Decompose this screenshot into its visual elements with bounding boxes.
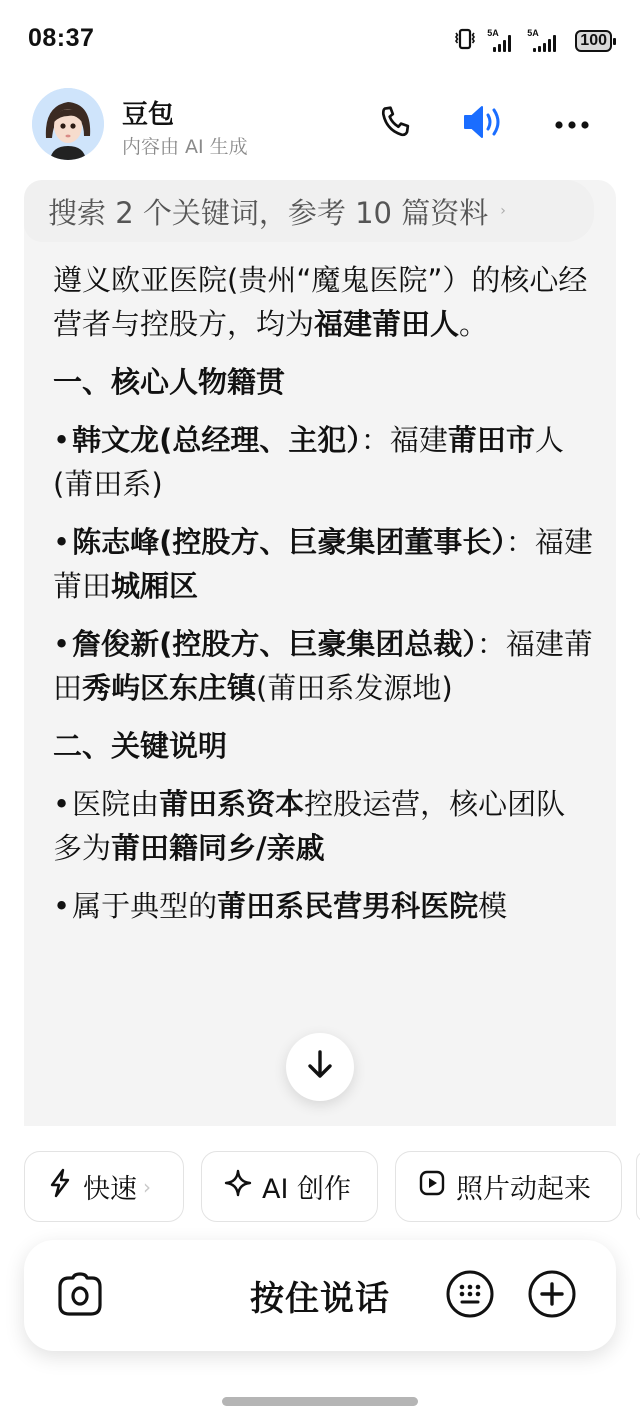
chat-title: 豆包	[122, 94, 174, 131]
list-item: 詹俊新(控股方、巨豪集团总裁）：福建莆田秀屿区东庄镇(莆田系发源地)	[53, 622, 593, 710]
more-options-button[interactable]	[550, 102, 594, 146]
search-summary: 搜索 2 个关键词，参考 10 篇资料	[48, 191, 488, 232]
add-attachment-button[interactable]	[526, 1270, 578, 1322]
quick-action-chips: 快速 › AI 创作 照片动起来	[24, 1151, 622, 1222]
lightning-icon	[47, 1168, 73, 1205]
voice-input-bar: 按住说话	[24, 1240, 616, 1351]
chip-quick-mode[interactable]: 快速 ›	[24, 1151, 184, 1222]
speaker-icon	[462, 102, 506, 146]
list-item: 属于典型的莆田系民营男科医院模	[53, 884, 593, 928]
message-body: 遵义欧亚医院(贵州“魔鬼医院”）的核心经营者与控股方，均为福建莆田人。 一、核心…	[53, 258, 593, 942]
camera-button[interactable]	[54, 1270, 106, 1322]
camera-icon	[56, 1271, 104, 1321]
intro-paragraph: 遵义欧亚医院(贵州“魔鬼医院”）的核心经营者与控股方，均为福建莆田人。	[53, 258, 593, 346]
status-icons: 5A 5A 100	[453, 28, 612, 54]
search-references-toggle[interactable]: 搜索 2 个关键词，参考 10 篇资料 ›	[24, 180, 594, 242]
assistant-message: 搜索 2 个关键词，参考 10 篇资料 › 遵义欧亚医院(贵州“魔鬼医院”）的核…	[24, 180, 616, 1126]
chevron-right-icon: ›	[500, 203, 506, 219]
more-icon	[554, 115, 590, 134]
sparkle-icon	[224, 1169, 252, 1204]
list-item: 韩文龙(总经理、主犯）：福建莆田市人(莆田系)	[53, 418, 593, 506]
phone-icon	[377, 103, 415, 145]
keyboard-icon	[445, 1269, 495, 1323]
keyboard-toggle-button[interactable]	[444, 1270, 496, 1322]
status-time: 08:37	[28, 24, 94, 53]
avatar[interactable]	[32, 88, 104, 160]
chat-screen: 08:37 5A 5A 100	[0, 0, 640, 1416]
list-item: 医院由莆田系资本控股运营，核心团队多为莆田籍同乡/亲戚	[53, 782, 593, 870]
chevron-right-icon: ›	[143, 1175, 151, 1199]
chip-animate-photo[interactable]: 照片动起来	[395, 1151, 622, 1222]
chip-ai-create[interactable]: AI 创作	[201, 1151, 378, 1222]
ai-generated-label: 内容由 AI 生成	[122, 132, 248, 159]
list-item: 陈志峰(控股方、巨豪集团董事长）：福建莆田城厢区	[53, 520, 593, 608]
scroll-to-bottom-button[interactable]	[286, 1033, 354, 1101]
section-heading-2: 二、关键说明	[53, 724, 593, 768]
arrow-down-icon	[305, 1049, 335, 1085]
status-bar: 08:37 5A 5A 100	[0, 0, 640, 80]
phone-button[interactable]	[374, 102, 418, 146]
chip-overflow[interactable]	[636, 1151, 640, 1222]
vibrate-icon	[453, 28, 477, 54]
chat-header: 豆包 内容由 AI 生成	[0, 80, 640, 176]
section-heading-1: 一、核心人物籍贯	[53, 360, 593, 404]
signal-icon-2: 5A	[527, 30, 565, 52]
voice-playback-button[interactable]	[462, 102, 506, 146]
play-square-icon	[418, 1169, 446, 1204]
home-indicator[interactable]	[222, 1397, 418, 1406]
battery-indicator: 100	[575, 30, 612, 52]
plus-icon	[527, 1269, 577, 1323]
signal-icon-1: 5A	[487, 30, 517, 52]
